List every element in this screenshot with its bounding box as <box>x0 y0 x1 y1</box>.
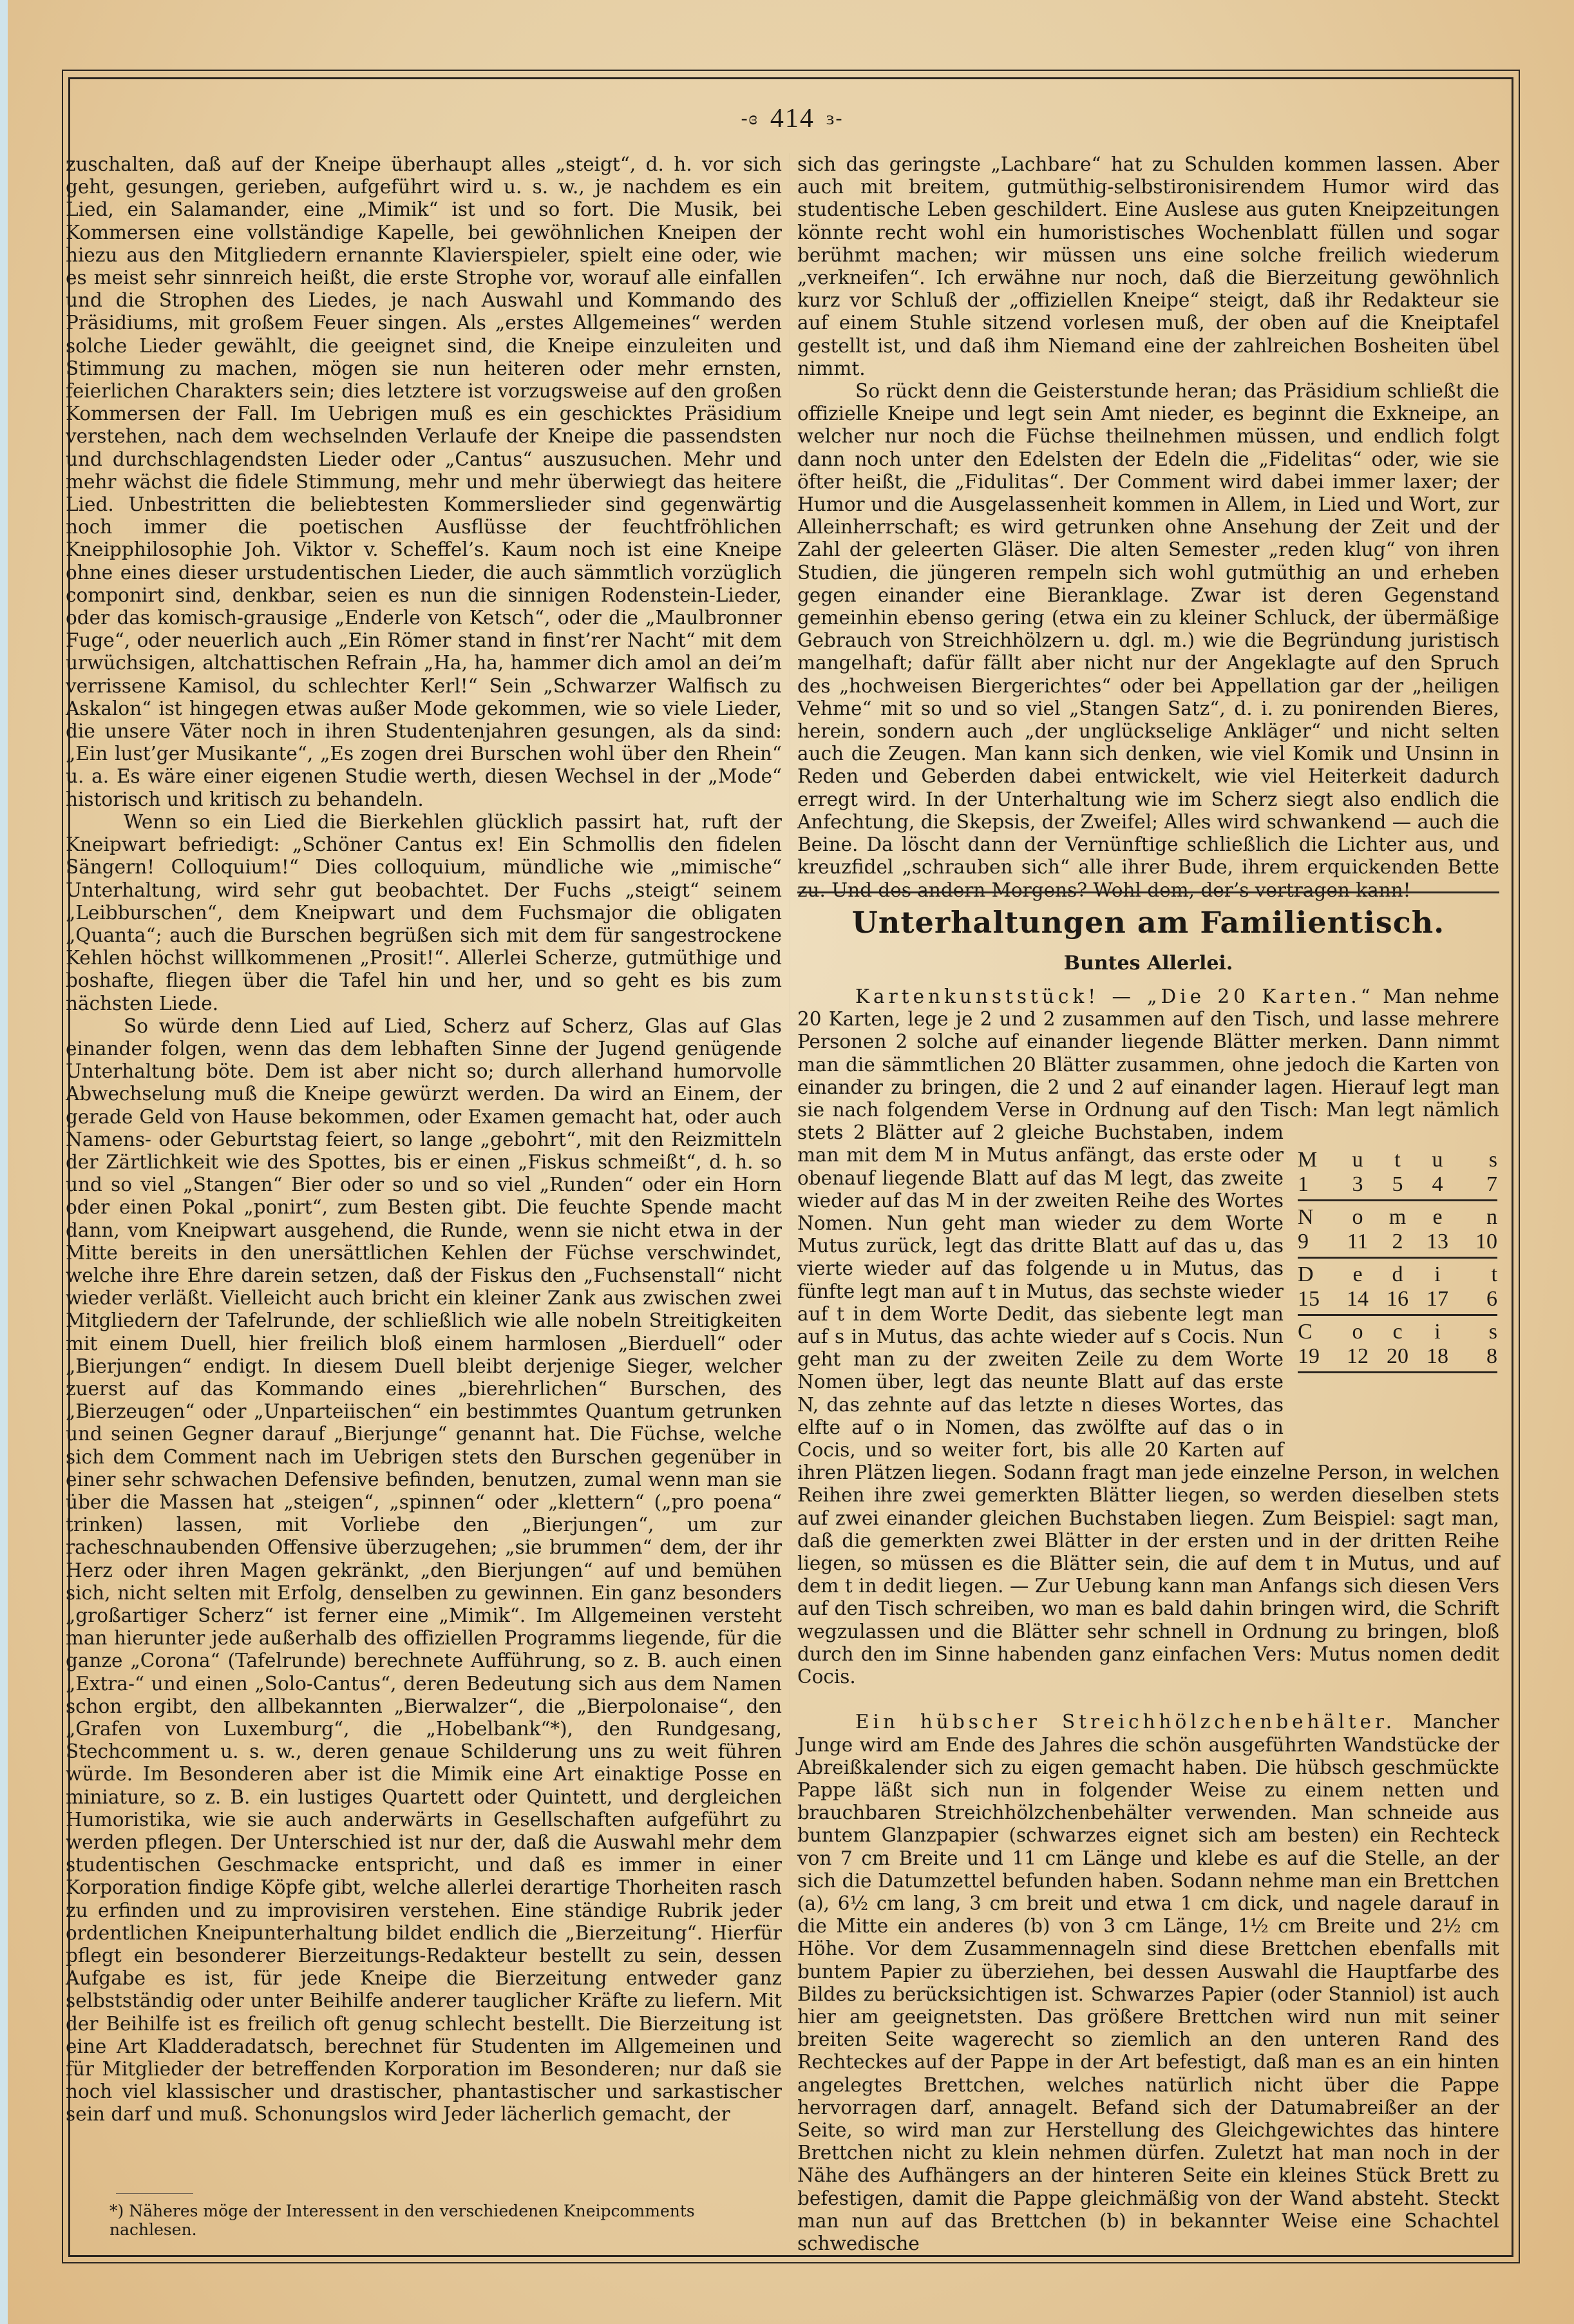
paragraph: zuschalten, daß auf der Kneipe überhaupt… <box>66 153 782 811</box>
number: 8 <box>1457 1344 1497 1369</box>
footnote: *) Näheres möge der Interessent in den v… <box>109 2202 786 2239</box>
letter: o <box>1338 1205 1378 1230</box>
number: 10 <box>1457 1230 1497 1254</box>
letter: t <box>1378 1148 1418 1172</box>
footnote-rule <box>116 2193 193 2194</box>
number: 9 <box>1298 1230 1338 1254</box>
number: 11 <box>1338 1230 1378 1254</box>
letter: s <box>1457 1148 1497 1172</box>
matchbox-paragraph: Ein hübscher Streichhölzchenbehälter. Ma… <box>797 1711 1499 2255</box>
scan-edge <box>0 0 8 2324</box>
number: 7 <box>1457 1172 1497 1197</box>
letter: t <box>1457 1262 1497 1287</box>
column-divider <box>790 153 790 2182</box>
letter-row: Dedit <box>1298 1262 1497 1287</box>
letter: i <box>1418 1320 1457 1344</box>
letter-row: Mutus <box>1298 1148 1497 1172</box>
right-column-top: sich das geringste „Lachbare“ hat zu Sch… <box>797 153 1499 902</box>
letter: m <box>1378 1205 1418 1230</box>
number: 19 <box>1298 1344 1338 1369</box>
paragraph: Wenn so ein Lied die Bierkehlen glücklic… <box>66 811 782 1015</box>
number-row: 151416176 <box>1298 1287 1497 1311</box>
ornament-left-icon: -ɞ <box>741 108 759 129</box>
number: 20 <box>1378 1344 1418 1369</box>
ornament-right-icon: ɜ- <box>826 108 844 129</box>
number: 12 <box>1338 1344 1378 1369</box>
letter-row: Nomen <box>1298 1205 1497 1230</box>
section-separator <box>797 891 1499 893</box>
letter: u <box>1338 1148 1378 1172</box>
section-title: Unterhaltungen am Familientisch. <box>797 905 1499 940</box>
letter: s <box>1457 1320 1497 1344</box>
letter-row: Cocis <box>1298 1320 1497 1344</box>
number-row: 91121310 <box>1298 1230 1497 1254</box>
mutus-nomen-table: Mutus 13547 Nomen 91121310 Dedit 1514161… <box>1298 1147 1497 1376</box>
letter: n <box>1457 1205 1497 1230</box>
card-trick-lead: Kartenkunststück! — „Die 20 Karten.“ <box>855 986 1374 1007</box>
letter: e <box>1418 1205 1457 1230</box>
number: 18 <box>1418 1344 1457 1369</box>
letter: i <box>1418 1262 1457 1287</box>
number: 2 <box>1378 1230 1418 1254</box>
number: 13 <box>1418 1230 1457 1254</box>
table-block-cocis: Cocis 191220188 <box>1298 1319 1497 1373</box>
letter: D <box>1298 1262 1338 1287</box>
number: 16 <box>1378 1287 1418 1311</box>
letter: e <box>1338 1262 1378 1287</box>
matchbox-text: Mancher Junge wird am Ende des Jahres di… <box>797 1711 1499 2254</box>
table-block-mutus: Mutus 13547 <box>1298 1147 1497 1201</box>
number: 17 <box>1418 1287 1457 1311</box>
letter: u <box>1418 1148 1457 1172</box>
number: 6 <box>1457 1287 1497 1311</box>
paragraph: sich das geringste „Lachbare“ hat zu Sch… <box>797 153 1499 380</box>
number-row: 191220188 <box>1298 1344 1497 1369</box>
letter: M <box>1298 1148 1338 1172</box>
paragraph: So würde denn Lied auf Lied, Scherz auf … <box>66 1015 782 2126</box>
table-block-nomen: Nomen 91121310 <box>1298 1204 1497 1259</box>
number: 15 <box>1298 1287 1338 1311</box>
number: 4 <box>1418 1172 1457 1197</box>
number: 14 <box>1338 1287 1378 1311</box>
number-row: 13547 <box>1298 1172 1497 1197</box>
letter: N <box>1298 1205 1338 1230</box>
matchbox-lead: Ein hübscher Streichhölzchenbehälter. <box>855 1711 1396 1733</box>
letter: d <box>1378 1262 1418 1287</box>
paragraph: So rückt denn die Geisterstunde heran; d… <box>797 380 1499 902</box>
page-number-header: -ɞ414ɜ- <box>708 103 876 134</box>
letter: c <box>1378 1320 1418 1344</box>
number: 5 <box>1378 1172 1418 1197</box>
letter: o <box>1338 1320 1378 1344</box>
number: 1 <box>1298 1172 1338 1197</box>
table-block-dedit: Dedit 151416176 <box>1298 1261 1497 1316</box>
left-column: zuschalten, daß auf der Kneipe überhaupt… <box>66 153 782 2126</box>
section-subtitle: Buntes Allerlei. <box>797 952 1499 975</box>
letter: C <box>1298 1320 1338 1344</box>
number: 3 <box>1338 1172 1378 1197</box>
page-number: 414 <box>770 104 815 133</box>
